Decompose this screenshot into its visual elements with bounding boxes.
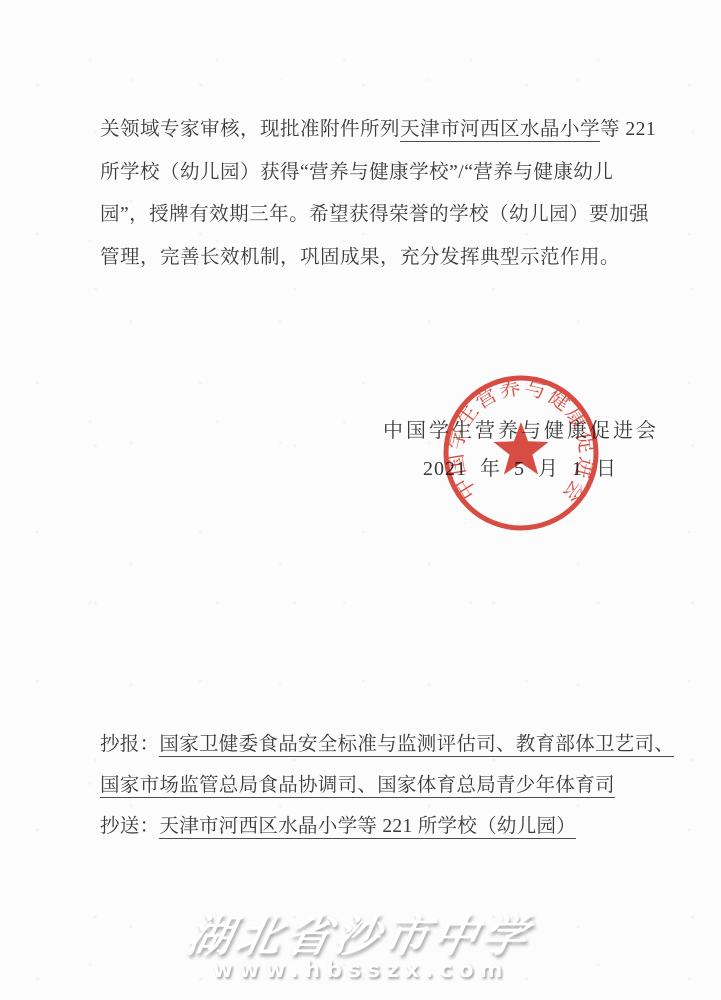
body-line: 关领域专家审核，现批准附件所列天津市河西区水晶小学等 221	[100, 109, 665, 152]
body-line: 管理，完善长效机制，巩固成果，充分发挥典型示范作用。	[100, 237, 665, 280]
body-line: 所学校（幼儿园）获得“营养与健康学校”/“营养与健康幼儿	[100, 152, 665, 195]
official-seal: 中国学生营养与健康促进会	[441, 373, 601, 533]
seal-star-icon	[493, 422, 548, 475]
copy-send-line: 抄送：天津市河西区水晶小学等 221 所学校（幼儿园）	[100, 806, 680, 847]
copy-report-line-1: 抄报：国家卫健委食品安全标准与监测评估司、教育部体卫艺司、	[100, 724, 680, 765]
watermark-url: www.hbsszx.com	[0, 958, 721, 983]
body-text: 关领域专家审核，现批准附件所列	[100, 119, 400, 140]
copy-report-text: 国家市场监管总局食品协调司、国家体育总局青少年体育司	[100, 775, 615, 798]
body-line: 园”，授牌有效期三年。希望获得荣誉的学校（幼儿园）要加强	[100, 194, 665, 237]
body-text: 管理，完善长效机制，巩固成果，充分发挥典型示范作用。	[100, 247, 620, 268]
body-paragraph: 关领域专家审核，现批准附件所列天津市河西区水晶小学等 221 所学校（幼儿园）获…	[100, 109, 665, 279]
watermark-school-name: 湖北省沙市中学	[0, 900, 721, 964]
cc-block: 抄报：国家卫健委食品安全标准与监测评估司、教育部体卫艺司、 国家市场监管总局食品…	[100, 724, 680, 847]
body-text: 所学校（幼儿园）获得“营养与健康学校”/“营养与健康幼儿	[100, 162, 613, 183]
copy-report-text: 国家卫健委食品安全标准与监测评估司、教育部体卫艺司、	[159, 734, 674, 757]
body-text: 园”，授牌有效期三年。希望获得荣誉的学校（幼儿园）要加强	[100, 204, 649, 225]
copy-report-label: 抄报：	[100, 734, 159, 755]
copy-report-line-2: 国家市场监管总局食品协调司、国家体育总局青少年体育司	[100, 765, 680, 806]
copy-send-label: 抄送：	[100, 816, 159, 837]
body-text: 等 221	[600, 119, 656, 140]
copy-send-text: 天津市河西区水晶小学等 221 所学校（幼儿园）	[159, 816, 576, 839]
underlined-school-name: 天津市河西区水晶小学	[400, 119, 600, 142]
document-page: 关领域专家审核，现批准附件所列天津市河西区水晶小学等 221 所学校（幼儿园）获…	[0, 0, 721, 1000]
